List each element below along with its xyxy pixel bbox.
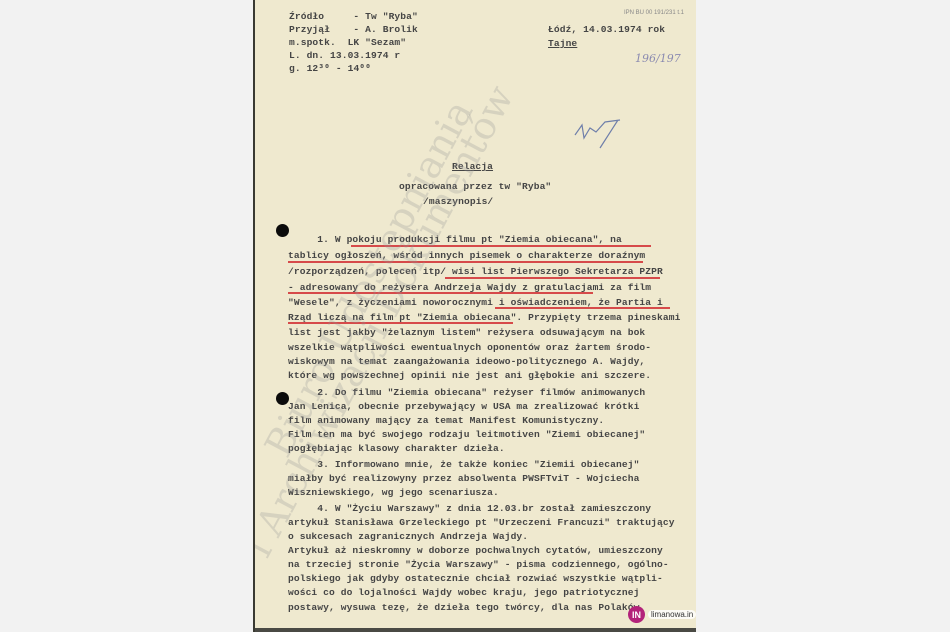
header-date: L. dn. 13.03.1974 r bbox=[289, 49, 400, 62]
classification-label: Tajne bbox=[548, 37, 577, 50]
red-underline bbox=[288, 292, 593, 294]
body-line: o sukcesach zagranicznych Andrzeja Wajdy… bbox=[288, 530, 528, 543]
body-line: Wiszniewskiego, wg jego scenariusza. bbox=[288, 486, 499, 499]
header-meeting-place: m.spotk. LK "Sezam" bbox=[289, 36, 406, 49]
body-line: polskiego jak gdyby ostatecznie chciał r… bbox=[288, 572, 663, 585]
body-line: postawy, wysuwa tezę, że dzieła tego twó… bbox=[288, 601, 645, 614]
limanowa-logo-icon: IN bbox=[628, 606, 645, 623]
body-line: artykuł Stanisława Grzeleckiego pt "Urze… bbox=[288, 516, 675, 529]
red-underline bbox=[288, 322, 513, 324]
body-line: 4. W "Życiu Warszawy" z dnia 12.03.br zo… bbox=[288, 502, 651, 515]
document-title: Relacja bbox=[452, 160, 493, 173]
red-underline bbox=[288, 261, 643, 263]
body-line: pogłębiając klasowy charakter dzieła. bbox=[288, 442, 505, 455]
header-source: Źródło - Tw "Ryba" bbox=[289, 10, 418, 23]
header-time: g. 12³⁰ - 14⁰⁰ bbox=[289, 62, 371, 75]
document-format: /maszynopis/ bbox=[423, 195, 493, 208]
place-date: Łódź, 14.03.1974 rok bbox=[548, 23, 665, 36]
body-line: które wg powszechnej opinii nie jest ani… bbox=[288, 369, 651, 382]
scanned-document-page: IPN BU 00 191/231 t.1 Źródło - Tw "Ryba"… bbox=[253, 0, 696, 632]
body-line: wszelkie wątpliwości ewentualnych oponen… bbox=[288, 341, 651, 354]
body-line: Artykuł aż nieskromny w doborze pochwaln… bbox=[288, 544, 663, 557]
body-line: miałby być realizowyny przez absolwenta … bbox=[288, 472, 639, 485]
site-badge[interactable]: IN limanowa.in bbox=[628, 606, 696, 623]
body-line: wiskowym na temat zaangażowania ideowo-p… bbox=[288, 355, 645, 368]
signature-icon bbox=[570, 110, 630, 150]
body-line: Film ten ma być swojego rodzaju leitmoti… bbox=[288, 428, 645, 441]
body-line: list jest jakby "żelaznym listem" reżyse… bbox=[288, 326, 645, 339]
site-badge-label: limanowa.in bbox=[648, 610, 696, 619]
red-underline bbox=[495, 307, 670, 309]
red-underline bbox=[351, 245, 651, 247]
body-line: wości co do lojalności Wajdy wobec kraju… bbox=[288, 586, 639, 599]
body-line: film animowany mający za temat Manifest … bbox=[288, 414, 604, 427]
document-subtitle: opracowana przez tw "Ryba" bbox=[399, 180, 551, 193]
body-line: Jan Lenica, obecnie przebywający w USA m… bbox=[288, 400, 639, 413]
body-line: na trzeciej stronie "Życia Warszawy" - p… bbox=[288, 558, 669, 571]
header-received-by: Przyjął - A. Brolik bbox=[289, 23, 418, 36]
red-underline bbox=[445, 277, 660, 279]
archive-reference-number: IPN BU 00 191/231 t.1 bbox=[624, 10, 684, 16]
body-line: 2. Do filmu "Ziemia obiecana" reżyser fi… bbox=[288, 386, 645, 399]
body-line: 3. Informowano mnie, że także koniec "Zi… bbox=[288, 458, 639, 471]
handwritten-page-number: 196/197 bbox=[635, 52, 681, 65]
